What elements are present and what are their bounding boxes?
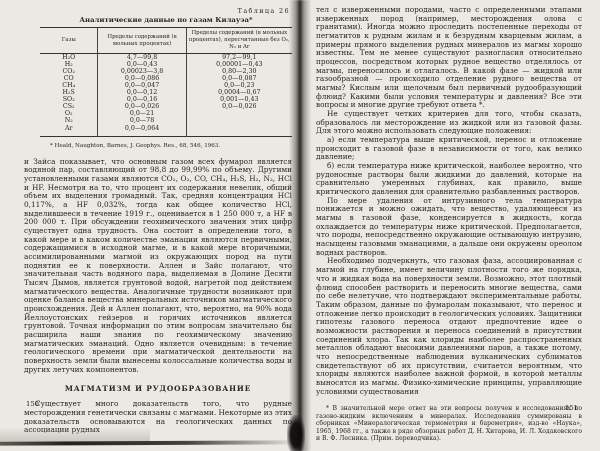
limits-recalc-cell: 0,0—0,026 (186, 103, 292, 110)
table-row: O₂ 0,0—21 (40, 110, 292, 117)
table-row: Ar 0,0—0,064 (40, 125, 292, 137)
limits-recalc-cell: 97,2—99,1 (186, 54, 292, 62)
table-row: SO₂ 0,0—0,16 0,001—0,43 (40, 96, 292, 103)
limits-cell: 0,0—0,43 (98, 61, 186, 68)
book-spine-shadow (289, 0, 311, 451)
gas-formula-cell: Ar (40, 125, 98, 137)
body-paragraph: Необходимо подчеркнуть, что газовая фаза… (316, 257, 582, 396)
limits-cell: 0,0—0,026 (98, 103, 186, 110)
table-title: Аналитические данные по газам Килауэа* (40, 16, 292, 24)
limits-cell: 0,0—21 (98, 110, 186, 117)
limits-recalc-cell (186, 125, 292, 137)
gas-formula-cell: H₂O (40, 54, 98, 62)
limits-cell: 0,0—0,12 (98, 89, 186, 96)
body-paragraph: Не существует четких критериев для того,… (316, 110, 582, 136)
gas-formula-cell: CH₄ (40, 82, 98, 89)
limits-recalc-cell: 0,0—0,087 (186, 75, 292, 82)
gas-table-header: Газы Пределы содержаний (в мольных проце… (40, 28, 292, 54)
left-body-text: и Зайса показывает, что основным газом в… (24, 158, 292, 375)
page-number-right: 151 (565, 404, 578, 412)
gas-formula-cell: CO (40, 75, 98, 82)
limits-recalc-cell (186, 110, 292, 117)
page-edge-line (0, 440, 300, 445)
gas-formula-cell: H₂S (40, 89, 98, 96)
limits-cell: 0,0—78 (98, 117, 186, 124)
column-header-gases: Газы (40, 28, 98, 54)
table-footnote: * Heald, Naughton, Barnes, J. Geophys. R… (50, 143, 292, 149)
column-header-limits-recalc: Пределы содержаний (в мольных процентах)… (186, 28, 292, 54)
limits-cell: 0,0—0,047 (98, 82, 186, 89)
left-page: Таблица 26 Аналитические данные по газам… (24, 0, 292, 435)
limits-cell: 0,0—0,086 (98, 75, 186, 82)
limits-recalc-cell (186, 117, 292, 124)
table-row: CO₂ 0,00023—3,8 0,80—2,30 (40, 68, 292, 75)
table-row: H₂O 4,7—99,8 97,2—99,1 (40, 54, 292, 62)
limits-recalc-cell: 0,0004—0,67 (186, 89, 292, 96)
gas-formula-cell: O₂ (40, 110, 98, 117)
limits-cell: 0,0—0,064 (98, 125, 186, 137)
limits-recalc-cell: 0,001—0,43 (186, 96, 292, 103)
body-paragraph: тел с изверженными породами, часто с опр… (316, 6, 582, 110)
limits-cell: 4,7—99,8 (98, 54, 186, 62)
right-page: тел с изверженными породами, часто с опр… (316, 0, 582, 443)
right-body-text: тел с изверженными породами, часто с опр… (316, 6, 582, 396)
table-row: CO 0,0—0,086 0,0—0,087 (40, 75, 292, 82)
table-row: H₂ 0,0—0,43 0,00001—0,43 (40, 61, 292, 68)
table-row: CH₄ 0,0—0,047 0,0—0,23 (40, 82, 292, 89)
gas-table-body: H₂O 4,7—99,8 97,2—99,1 H₂ 0,0—0,43 0,000… (40, 54, 292, 137)
translator-footnote: * В значительной мере ответ на эти вопро… (316, 405, 582, 443)
body-paragraph: а) если температура выше критической, пе… (316, 136, 582, 162)
page-edge-shadow (0, 427, 150, 441)
section-heading: МАГМАТИЗМ И РУДООБРАЗОВАНИЕ (24, 384, 292, 393)
table-row: H₂S 0,0—0,12 0,0004—0,67 (40, 89, 292, 96)
gas-formula-cell: CS₂ (40, 103, 98, 110)
gas-formula-cell: SO₂ (40, 96, 98, 103)
table-row: CS₂ 0,0—0,026 0,0—0,026 (40, 103, 292, 110)
gas-analysis-table: Газы Пределы содержаний (в мольных проце… (40, 27, 292, 137)
gas-formula-cell: CO₂ (40, 68, 98, 75)
table-row: N₂ 0,0—78 (40, 117, 292, 124)
body-paragraph: По мере удаления от интрузивного тела те… (316, 197, 582, 258)
gas-formula-cell: N₂ (40, 117, 98, 124)
limits-cell: 0,0—0,16 (98, 96, 186, 103)
body-paragraph: и Зайса показывает, что основным газом в… (24, 158, 292, 375)
table-caption: Таблица 26 (24, 7, 290, 15)
book-spine-ink-blot (287, 415, 305, 451)
limits-recalc-cell: 0,80—2,30 (186, 68, 292, 75)
gas-formula-cell: H₂ (40, 61, 98, 68)
limits-recalc-cell: 0,0—0,23 (186, 82, 292, 89)
limits-cell: 0,00023—3,8 (98, 68, 186, 75)
limits-recalc-cell: 0,00001—0,43 (186, 61, 292, 68)
column-header-limits: Пределы содержаний (в мольных процентах) (98, 28, 186, 54)
body-paragraph: б) если температура ниже критической, на… (316, 162, 582, 197)
page-number-left: 150 (26, 400, 39, 408)
